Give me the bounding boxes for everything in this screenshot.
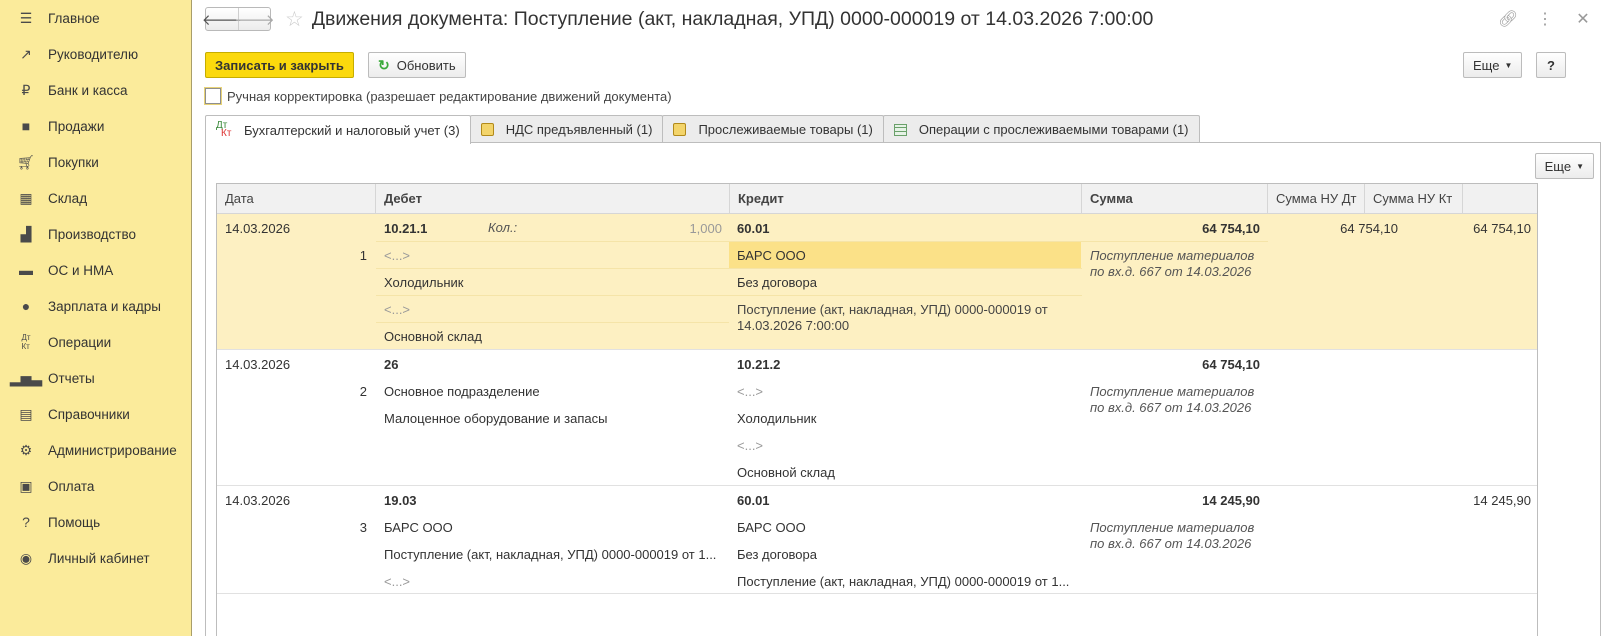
help-icon: ?: [16, 514, 36, 530]
movements-table: Дата Дебет Кредит Сумма Сумма НУ Дт Сумм…: [216, 183, 1538, 636]
bar-chart-icon: ▂▅▃: [16, 370, 36, 386]
main-area: УЧЕТ БЕЗ ЗАБОТ 🡐 🡒 ☆ Движения документа:…: [193, 0, 1608, 636]
back-button[interactable]: 🡐: [206, 8, 238, 30]
cell-credit-subconto-1: БАРС ООО: [737, 248, 806, 263]
cell-debit-account: 26: [384, 357, 398, 372]
cell-sum: 14 245,90: [1082, 493, 1260, 508]
sidebar-item-catalogs[interactable]: ▤Справочники: [0, 396, 191, 432]
close-icon[interactable]: ✕: [1574, 9, 1592, 29]
books-icon: ▤: [16, 406, 36, 422]
caret-down-icon: ▼: [1576, 162, 1584, 171]
cell-debit-subconto-2: Малоценное оборудование и запасы: [384, 411, 607, 426]
col-date[interactable]: Дата: [217, 184, 376, 213]
save-close-button[interactable]: Записать и закрыть: [205, 52, 354, 78]
link-icon[interactable]: 🔗︎: [1498, 9, 1516, 29]
row-divider: [376, 241, 1082, 242]
account-icon: ◉: [16, 550, 36, 566]
table-row[interactable]: 14.03.2026 1 10.21.1 Кол.: 1,000 <...> Х…: [217, 214, 1537, 350]
ruble-icon: ₽: [16, 82, 36, 98]
table-more-button[interactable]: Еще▼: [1535, 153, 1594, 179]
page-title: Движения документа: Поступление (акт, на…: [312, 8, 1154, 31]
sidebar-item-sales[interactable]: ■Продажи: [0, 108, 191, 144]
tab-traceable-operations[interactable]: Операции с прослеживаемыми товарами (1): [883, 115, 1200, 143]
cell-num: 3: [217, 520, 367, 535]
sidebar-item-production[interactable]: ▟Производство: [0, 216, 191, 252]
sidebar-item-salary[interactable]: ●Зарплата и кадры: [0, 288, 191, 324]
cell-debit-account: 10.21.1: [384, 221, 427, 236]
table-row[interactable]: 14.03.2026 3 19.03 БАРС ООО Поступление …: [217, 486, 1537, 594]
col-debit[interactable]: Дебет: [376, 184, 730, 213]
more-vertical-icon[interactable]: ⋮: [1536, 9, 1554, 29]
cell-debit-account: 19.03: [384, 493, 417, 508]
manual-edit-checkbox[interactable]: [205, 88, 221, 104]
table-row[interactable]: 14.03.2026 2 26 Основное подразделение М…: [217, 350, 1537, 486]
cell-num: 1: [217, 248, 367, 263]
sidebar-item-main[interactable]: ☰Главное: [0, 0, 191, 36]
cell-debit-subconto-1: <...>: [384, 248, 410, 263]
row-divider: [376, 322, 729, 323]
table-icon: [894, 124, 907, 136]
favorite-star-icon[interactable]: ☆: [285, 7, 304, 32]
cell-credit-subconto-1: <...>: [737, 384, 763, 399]
tab-vat[interactable]: НДС предъявленный (1): [470, 115, 664, 143]
cell-sum-nu-kt: 64 754,10: [1407, 221, 1531, 236]
sidebar-item-assets[interactable]: ▬ОС и НМА: [0, 252, 191, 288]
refresh-icon: ↻: [378, 57, 390, 74]
table-more-label: Еще: [1545, 159, 1571, 174]
cell-content: Поступление материалов по вх.д. 667 от 1…: [1090, 384, 1265, 416]
cell-sum-nu-kt: 14 245,90: [1407, 493, 1531, 508]
row-divider: [376, 295, 1082, 296]
tab-bar: ДтКтБухгалтерский и налоговый учет (3) Н…: [205, 115, 1199, 143]
person-icon: ●: [16, 298, 36, 314]
cell-date: 14.03.2026: [225, 493, 290, 508]
factory-icon: ▟: [16, 226, 36, 242]
cell-credit-account: 60.01: [737, 493, 770, 508]
cell-credit-subconto-2: Без договора: [737, 547, 817, 562]
more-label: Еще: [1473, 58, 1499, 73]
register-icon: [673, 123, 686, 136]
menu-icon: ☰: [16, 10, 36, 26]
cell-num: 2: [217, 384, 367, 399]
cell-sum: 64 754,10: [1082, 357, 1260, 372]
register-icon: [481, 123, 494, 136]
sidebar-item-account[interactable]: ◉Личный кабинет: [0, 540, 191, 576]
caret-down-icon: ▼: [1504, 61, 1512, 70]
col-sum-nu-kt[interactable]: Сумма НУ Кт: [1365, 184, 1463, 213]
col-sum[interactable]: Сумма: [1082, 184, 1268, 213]
sidebar-item-purchases[interactable]: 🛒︎Покупки: [0, 144, 191, 180]
dt-kt-icon: ДтКт: [16, 334, 36, 350]
row-divider: [376, 268, 1082, 269]
arrow-right-icon: 🡒: [234, 10, 274, 29]
manual-edit-label: Ручная корректировка (разрешает редактир…: [227, 89, 672, 104]
cell-debit-subconto-2: Поступление (акт, накладная, УПД) 0000-0…: [384, 547, 716, 562]
cell-credit-subconto-2: Холодильник: [737, 411, 816, 426]
nav-buttons: 🡐 🡒: [205, 7, 271, 31]
cell-debit-subconto-3: <...>: [384, 302, 410, 317]
sidebar-item-admin[interactable]: ⚙Администрирование: [0, 432, 191, 468]
cart-icon: 🛒︎: [16, 154, 36, 170]
col-sum-nu-dt[interactable]: Сумма НУ Дт: [1268, 184, 1365, 213]
cell-sum: 64 754,10: [1082, 221, 1260, 236]
refresh-label: Обновить: [397, 58, 456, 73]
cell-qty: 1,000: [557, 221, 722, 236]
col-credit[interactable]: Кредит: [730, 184, 1082, 213]
tab-panel: Еще▼ Дата Дебет Кредит Сумма Сумма НУ Дт…: [205, 142, 1601, 636]
sidebar-item-operations[interactable]: ДтКтОперации: [0, 324, 191, 360]
cell-sum-nu-dt: 64 754,10: [1268, 221, 1398, 236]
wallet-icon: ▣: [16, 478, 36, 494]
sidebar-item-warehouse[interactable]: ▦Склад: [0, 180, 191, 216]
dt-kt-icon: ДтКт: [216, 122, 232, 138]
trend-icon: ↗: [16, 46, 36, 62]
table-header: Дата Дебет Кредит Сумма Сумма НУ Дт Сумм…: [217, 184, 1537, 214]
cell-credit-subconto-3: <...>: [737, 438, 763, 453]
warehouse-icon: ▦: [16, 190, 36, 206]
title-bar: 🡐 🡒 ☆ Движения документа: Поступление (а…: [205, 6, 1608, 32]
cell-credit-subconto-4: Основной склад: [737, 465, 835, 480]
cell-debit-subconto-1: Основное подразделение: [384, 384, 540, 399]
cell-credit-subconto-3: Поступление (акт, накладная, УПД) 0000-0…: [737, 302, 1067, 334]
forward-button[interactable]: 🡒: [238, 8, 270, 30]
sidebar: ☰Главное ↗Руководителю ₽Банк и касса ■Пр…: [0, 0, 192, 636]
cell-credit-subconto-2: Без договора: [737, 275, 817, 290]
sidebar-item-payment[interactable]: ▣Оплата: [0, 468, 191, 504]
cell-credit-account: 60.01: [737, 221, 770, 236]
row-divider: [1082, 241, 1268, 242]
cell-debit-subconto-3: <...>: [384, 574, 410, 589]
cell-qty-label: Кол.:: [488, 220, 517, 236]
more-button[interactable]: Еще▼: [1463, 52, 1522, 78]
sidebar-item-manager[interactable]: ↗Руководителю: [0, 36, 191, 72]
bag-icon: ■: [16, 118, 36, 134]
gear-icon: ⚙: [16, 442, 36, 458]
cell-debit-subconto-4: Основной склад: [384, 329, 482, 344]
cell-content: Поступление материалов по вх.д. 667 от 1…: [1090, 248, 1265, 280]
sidebar-item-reports[interactable]: ▂▅▃Отчеты: [0, 360, 191, 396]
cell-credit-account: 10.21.2: [737, 357, 780, 372]
cell-date: 14.03.2026: [225, 357, 290, 372]
tab-traceable-goods[interactable]: Прослеживаемые товары (1): [662, 115, 883, 143]
cell-credit-subconto-1: БАРС ООО: [737, 520, 806, 535]
sidebar-item-help[interactable]: ?Помощь: [0, 504, 191, 540]
truck-icon: ▬: [16, 262, 36, 278]
help-button[interactable]: ?: [1536, 52, 1566, 78]
refresh-button[interactable]: ↻Обновить: [368, 52, 466, 78]
tab-accounting[interactable]: ДтКтБухгалтерский и налоговый учет (3): [205, 115, 471, 144]
cell-debit-subconto-2: Холодильник: [384, 275, 463, 290]
cell-content: Поступление материалов по вх.д. 667 от 1…: [1090, 520, 1265, 552]
cell-debit-subconto-1: БАРС ООО: [384, 520, 453, 535]
sidebar-item-bank[interactable]: ₽Банк и касса: [0, 72, 191, 108]
manual-edit-row: Ручная корректировка (разрешает редактир…: [205, 88, 672, 104]
cell-date: 14.03.2026: [225, 221, 290, 236]
cell-credit-subconto-3: Поступление (акт, накладная, УПД) 0000-0…: [737, 574, 1069, 589]
